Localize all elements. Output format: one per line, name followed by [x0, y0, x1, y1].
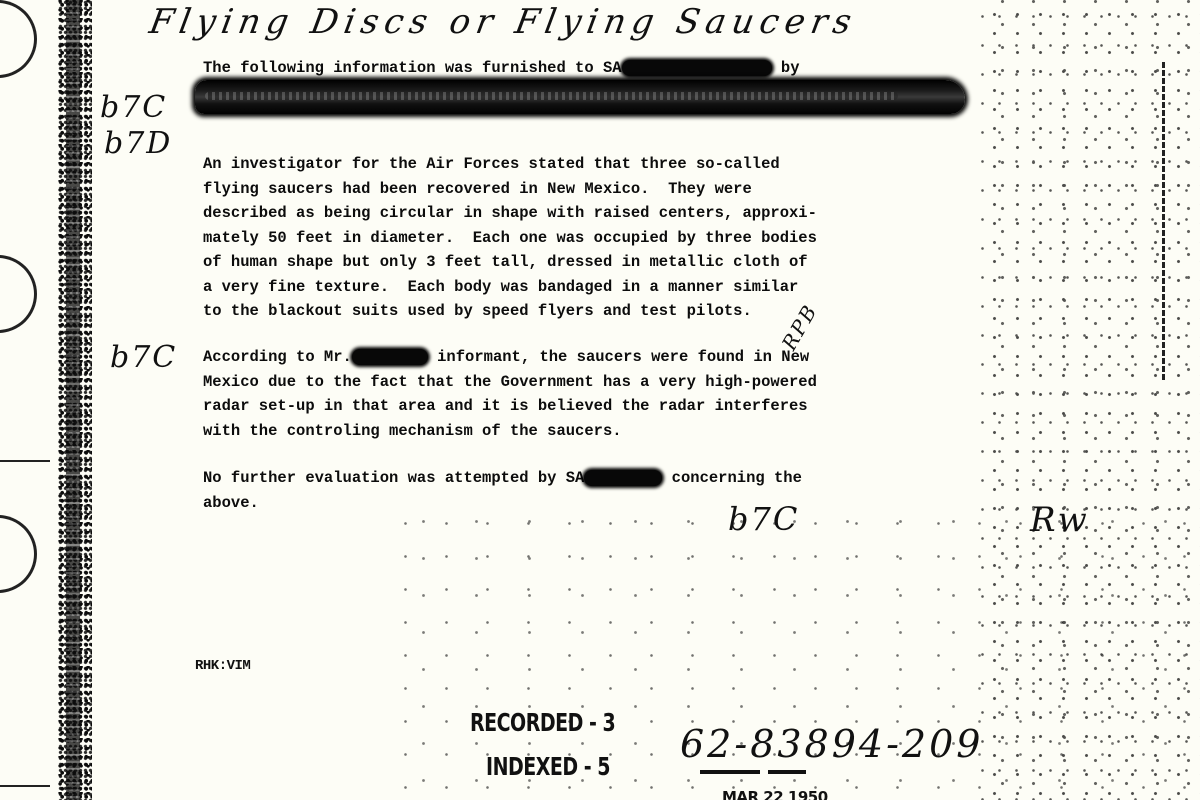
text-line: a very fine texture. Each body was banda… [203, 275, 817, 300]
text-span: informant, the saucers were found in New [428, 348, 809, 366]
paragraph-1: An investigator for the Air Forces state… [203, 152, 817, 324]
text-line: to the blackout suits used by speed flye… [203, 299, 817, 324]
paragraph-2: According to Mr. informant, the saucers … [203, 345, 817, 443]
text-line: above. [203, 491, 802, 516]
redaction-bar [622, 60, 772, 76]
intro-suffix: by [781, 59, 800, 77]
paragraph-3: No further evaluation was attempted by S… [203, 466, 802, 515]
text-line: mately 50 feet in diameter. Each one was… [203, 226, 817, 251]
punch-hole-icon [0, 0, 37, 78]
margin-note-b7c: b7C [728, 500, 799, 538]
text-line: Mexico due to the fact that the Governme… [203, 370, 817, 395]
text-span: concerning the [662, 469, 802, 487]
text-line: No further evaluation was attempted by S… [203, 466, 802, 491]
intro-line: The following information was furnished … [203, 56, 800, 81]
text-line: radar set-up in that area and it is beli… [203, 394, 817, 419]
recorded-stamp: RECORDED - 3 [470, 709, 615, 738]
handwritten-initials: Rw [1030, 500, 1089, 540]
file-number-underline [768, 770, 806, 774]
intro-prefix: The following information was furnished … [203, 59, 622, 77]
text-line: flying saucers had been recovered in New… [203, 177, 817, 202]
redaction-bar [352, 349, 428, 365]
margin-note-b7c: b7C [100, 90, 167, 125]
indexed-stamp: INDEXED - 5 [486, 753, 610, 782]
page-edge-line [1162, 62, 1165, 382]
date-stamp: MAR 22 1950 [722, 788, 828, 800]
redaction-bar [584, 470, 662, 486]
text-line: with the controling mechanism of the sau… [203, 419, 817, 444]
text-span: No further evaluation was attempted by S… [203, 469, 584, 487]
text-line: described as being circular in shape wit… [203, 201, 817, 226]
handwritten-header: Flying Discs or Flying Saucers [146, 2, 860, 42]
text-line: According to Mr. informant, the saucers … [203, 345, 817, 370]
file-number-underline [700, 770, 760, 774]
margin-note-b7c: b7C [110, 340, 177, 375]
text-line: An investigator for the Air Forces state… [203, 152, 817, 177]
margin-rule [0, 460, 50, 462]
margin-note-b7d: b7D [104, 126, 172, 161]
reference-initials: RHK:VIM [195, 658, 250, 674]
text-span: According to Mr. [203, 348, 352, 366]
punch-hole-icon [0, 255, 37, 333]
redaction-block [195, 80, 965, 114]
binding-noise-strip [58, 0, 92, 800]
scanned-document-page: Flying Discs or Flying Saucers The follo… [0, 0, 1200, 800]
punch-hole-icon [0, 515, 37, 593]
margin-rule [0, 785, 50, 787]
text-line: of human shape but only 3 feet tall, dre… [203, 250, 817, 275]
file-number: 62-83894-209 [680, 722, 983, 766]
